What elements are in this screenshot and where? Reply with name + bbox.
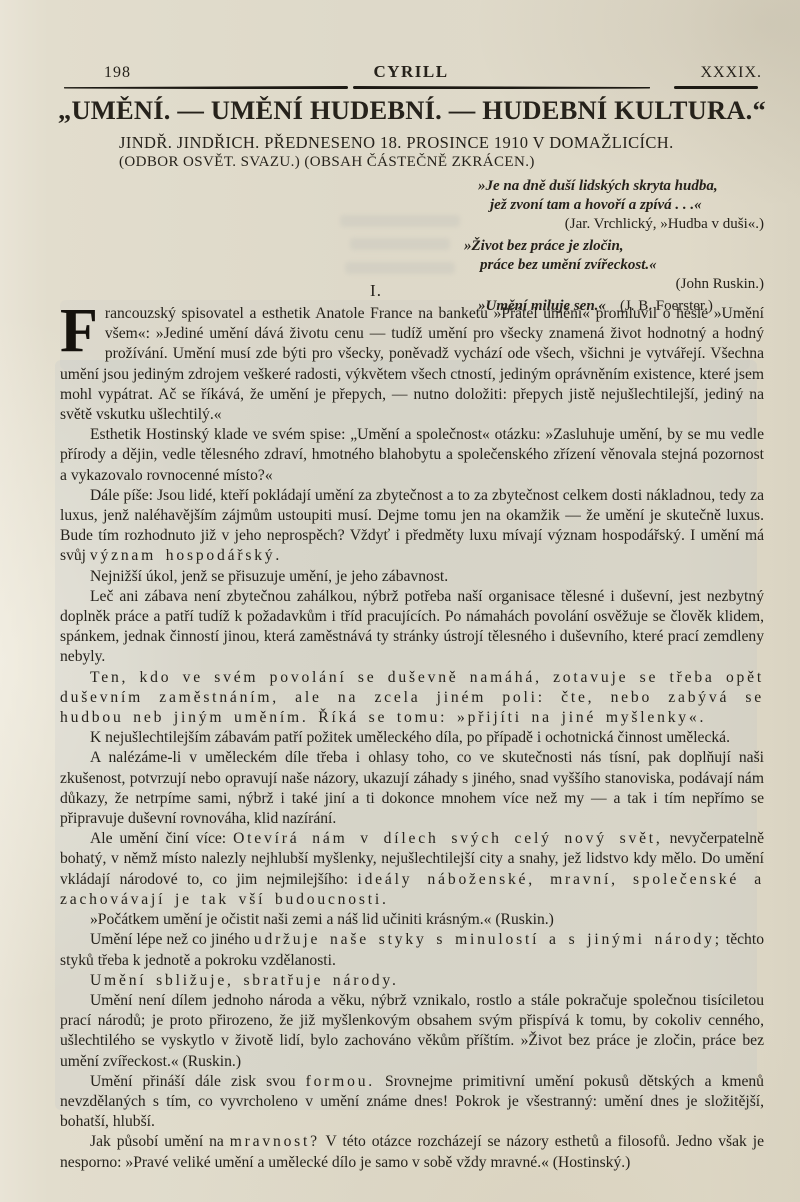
header-rule-right <box>674 86 758 89</box>
text-segment: Umění lépe než co jiného <box>90 931 254 948</box>
letterspaced-text-segment: mravnost? <box>230 1133 320 1150</box>
text-segment: Esthetik Hostinský klade ve svém spise: … <box>60 426 764 483</box>
epigraph-line: práce bez umění zvířeckost.« <box>480 256 764 275</box>
article-title: „UMĚNÍ. — UMĚNÍ HUDEBNÍ. — HUDEBNÍ KULTU… <box>58 95 762 126</box>
article-subtitle-author: JINDŘ. JINDŘICH. PŘEDNESENO 18. PROSINCE… <box>119 133 674 153</box>
body-paragraph: Dále píše: Jsou lidé, kteří pokládají um… <box>60 486 764 567</box>
letterspaced-text-segment: význam hospodářský. <box>90 547 282 564</box>
text-segment: Nejnižší úkol, jenž se přisuzuje umění, … <box>90 568 448 585</box>
body-paragraph: Umění lépe než co jiného udržuje naše st… <box>60 930 764 970</box>
header-rule-center <box>353 86 650 89</box>
scanned-document-page: { "page": { "number": "198", "journal": … <box>0 0 800 1202</box>
text-segment: Umění přináší dále zisk svou <box>90 1073 306 1090</box>
letterspaced-text-segment: udržuje naše styky s minulostí a s jiným… <box>254 931 722 948</box>
text-segment: Ale umění činí více: <box>90 830 233 847</box>
letterspaced-text-segment: Otevírá nám v dílech svých celý nový svě… <box>233 830 663 847</box>
epigraph: »Je na dně duší lidských skryta hudba, j… <box>464 177 764 234</box>
body-paragraph: Esthetik Hostinský klade ve svém spise: … <box>60 425 764 486</box>
text-segment: Umění není dílem jednoho národa a věku, … <box>60 992 764 1070</box>
epigraph-line: »Je na dně duší lidských skryta hudba, <box>478 177 764 196</box>
body-paragraph: Leč ani zábava není zbytečnou zahálkou, … <box>60 587 764 668</box>
show-through-smudge <box>340 215 460 227</box>
volume-number: XXXIX. <box>602 64 762 82</box>
body-paragraph: Francouzský spisovatel a esthetik Anatol… <box>60 304 764 425</box>
article-subtitle-note: (ODBOR OSVĚT. SVAZU.) (OBSAH ČÁSTEČNĚ ZK… <box>119 154 535 171</box>
body-paragraph: Umění přináší dále zisk svou formou. Sro… <box>60 1072 764 1133</box>
body-paragraph: Ale umění činí více: Otevírá nám v dílec… <box>60 829 764 910</box>
section-numeral: I. <box>0 281 752 301</box>
text-segment: rancouzský spisovatel a esthetik Anatole… <box>60 305 764 423</box>
text-segment: K nejušlechtilejším zábavám patří požite… <box>90 729 730 746</box>
letterspaced-text-segment: Umění sbližuje, sbratřuje národy. <box>90 972 399 989</box>
epigraph-attribution: (Jar. Vrchlický, »Hudba v duši«.) <box>464 215 764 234</box>
journal-title: CYRILL <box>220 62 602 82</box>
body-paragraph: »Počátkem umění je očistit naši zemi a n… <box>60 910 764 930</box>
text-segment: Leč ani zábava není zbytečnou zahálkou, … <box>60 588 764 666</box>
show-through-smudge <box>350 238 450 250</box>
body-paragraph: Ten, kdo ve svém povolání se duševně nam… <box>60 668 764 729</box>
header-rule-left <box>64 86 348 89</box>
letterspaced-text-segment: Ten, kdo ve svém povolání se duševně nam… <box>60 669 764 726</box>
letterspaced-text-segment: formou. <box>306 1073 375 1090</box>
body-paragraph: Nejnižší úkol, jenž se přisuzuje umění, … <box>60 567 764 587</box>
body-paragraph: K nejušlechtilejším zábavám patří požite… <box>60 728 764 748</box>
text-segment: Jak působí umění na <box>90 1133 230 1150</box>
running-head: 198 CYRILL XXXIX. <box>60 62 762 82</box>
article-body: Francouzský spisovatel a esthetik Anatol… <box>60 304 764 1173</box>
body-paragraph: A nalézáme-li v uměleckém díle třeba i o… <box>60 748 764 829</box>
show-through-smudge <box>345 262 455 274</box>
text-segment: »Počátkem umění je očistit naši zemi a n… <box>90 911 554 928</box>
page-number: 198 <box>60 64 220 82</box>
text-segment: A nalézáme-li v uměleckém díle třeba i o… <box>60 749 764 827</box>
epigraph-line: jež zvoní tam a hovoří a zpívá . . .« <box>490 196 764 215</box>
body-paragraph: Umění sbližuje, sbratřuje národy. <box>60 971 764 991</box>
body-paragraph: Umění není dílem jednoho národa a věku, … <box>60 991 764 1072</box>
drop-cap-initial: F <box>60 304 105 355</box>
body-paragraph: Jak působí umění na mravnost? V této otá… <box>60 1132 764 1172</box>
epigraph-line: »Život bez práce je zločin, <box>464 237 764 256</box>
